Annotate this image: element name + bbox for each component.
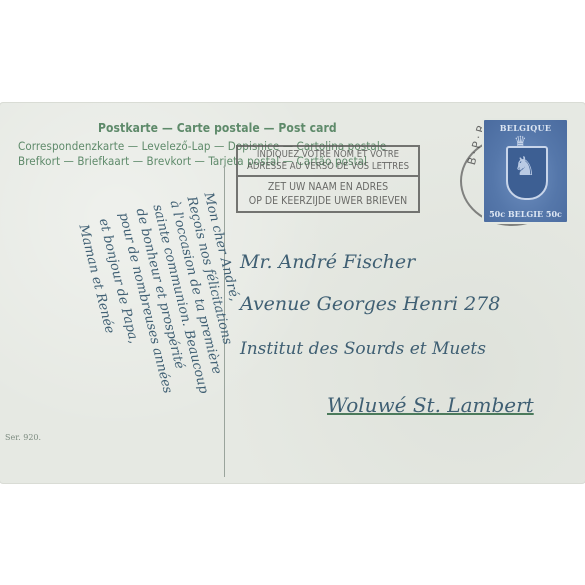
cancellation-dutch: ZET UW NAAM EN ADRES OP DE KEERZIJDE UWE…	[238, 177, 418, 211]
stamp-value-left: 50c	[489, 209, 505, 219]
cancellation-dutch-line2: OP DE KEERZIJDE UWER BRIEVEN	[240, 194, 416, 208]
series-number: Ser. 920.	[5, 433, 41, 442]
header-title: Postkarte — Carte postale — Post card	[98, 121, 337, 135]
address-city: Woluwé St. Lambert	[327, 393, 534, 417]
slogan-cancellation: INDIQUEZ VOTRE NOM ET VOTRE ADRESSE AU V…	[236, 145, 420, 213]
address-recipient: Mr. André Fischer	[240, 251, 415, 273]
stamp-value: 50c BELGIE 50c	[486, 209, 565, 220]
cancellation-french: INDIQUEZ VOTRE NOM ET VOTRE ADRESSE AU V…	[238, 147, 418, 177]
postage-stamp: BELGIQUE ♛ ♞ 50c BELGIE 50c	[484, 120, 567, 222]
postcard: Postkarte — Carte postale — Post card Co…	[0, 103, 585, 483]
stamp-value-right: 50c	[546, 209, 562, 219]
cancellation-dutch-line1: ZET UW NAAM EN ADRES	[240, 180, 416, 194]
stamp-value-middle: BELGIE	[508, 209, 543, 219]
address-street: Avenue Georges Henri 278	[240, 293, 500, 315]
lion-icon: ♞	[513, 154, 536, 180]
address-institution: Institut des Sourds et Muets	[240, 339, 486, 359]
